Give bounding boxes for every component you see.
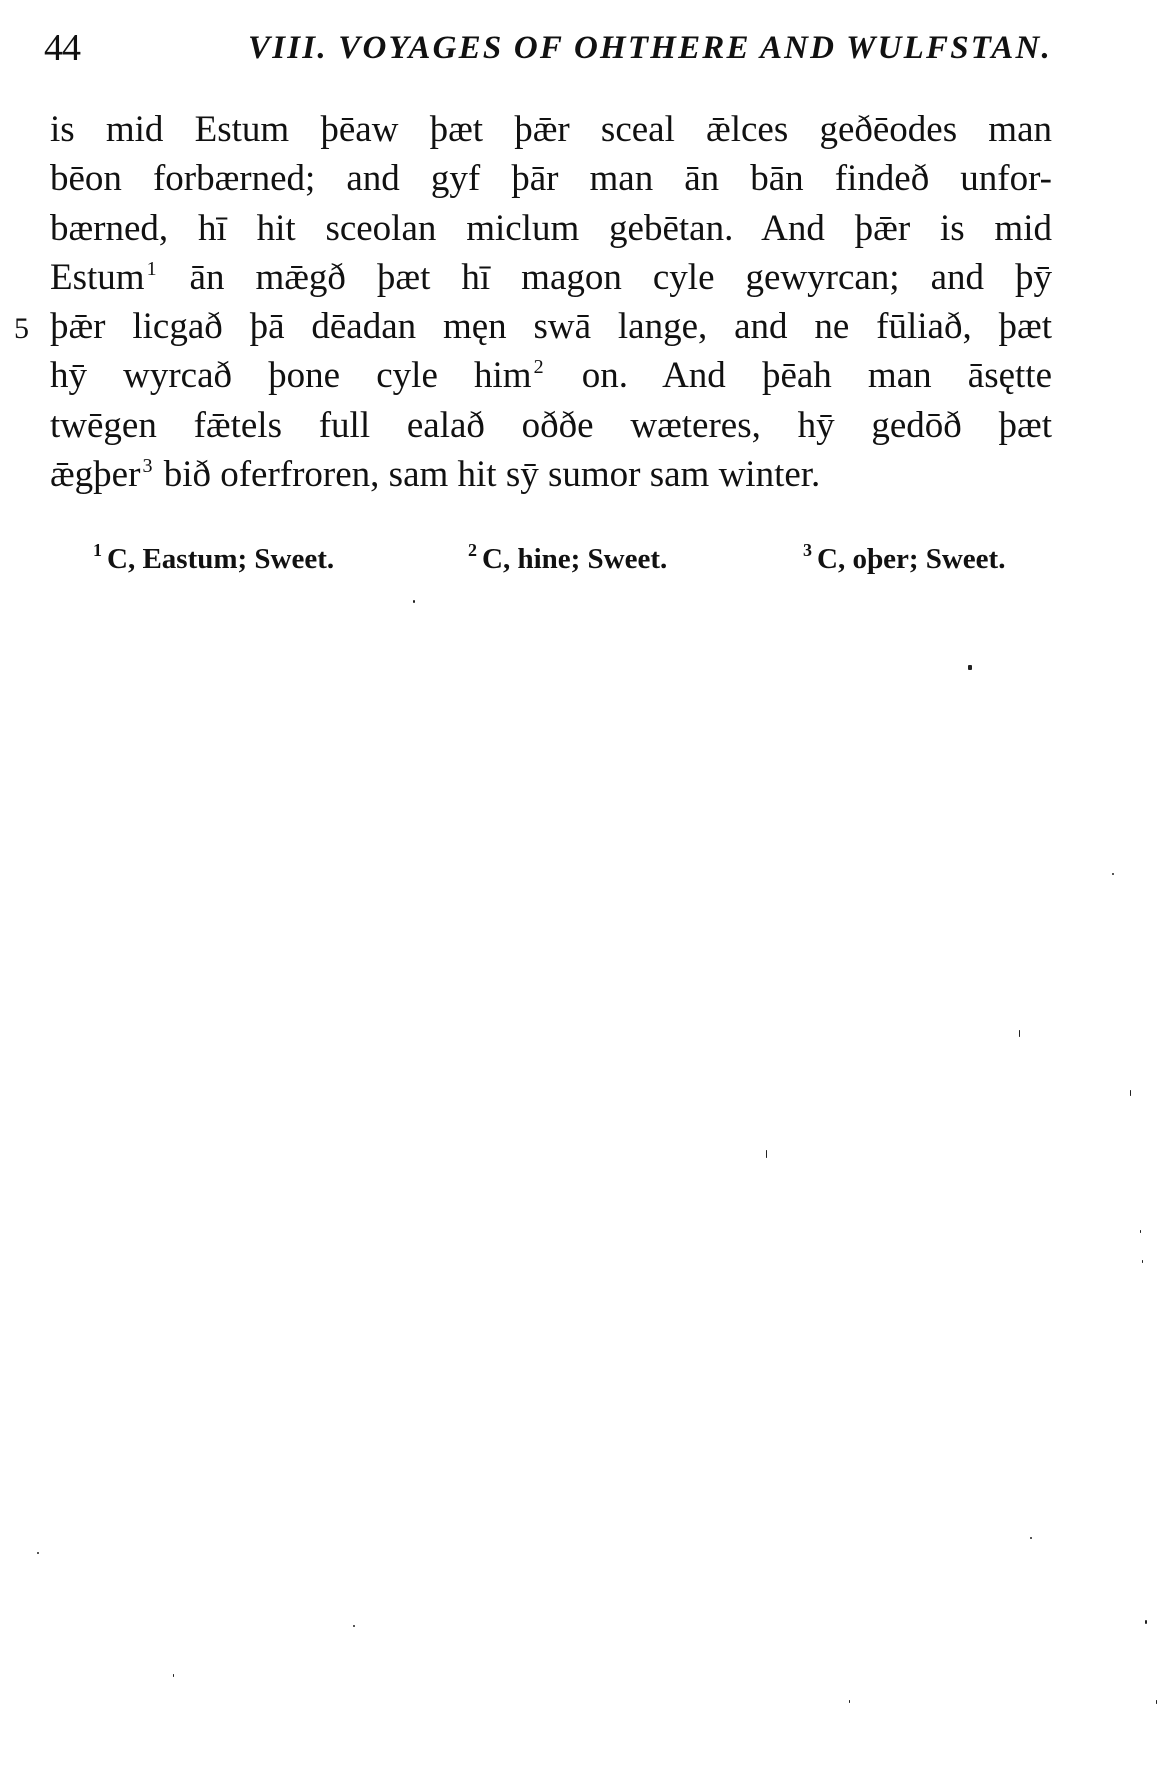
body-text: is mid Estum þēaw þæt þǣr sceal ǣlces ge… xyxy=(50,105,1052,499)
speck xyxy=(1019,1030,1020,1037)
footnote-marker: 2 xyxy=(468,540,477,560)
line-text: hȳ wyrcað þone cyle him2 on. And þēah ma… xyxy=(50,351,1052,400)
chapter-title: VIII. VOYAGES OF OHTHERE AND WULFSTAN. xyxy=(140,24,1052,72)
text-line: bēon forbærned; and gyf þār man ān bān f… xyxy=(50,154,1052,203)
speck xyxy=(849,1700,850,1703)
text-line: Estum1 ān mǣgð þæt hī magon cyle gewyrca… xyxy=(50,253,1052,302)
text-segment: ān mǣgð þæt hī magon cyle gewyrcan; and … xyxy=(159,257,1052,298)
book-page: 44 VIII. VOYAGES OF OHTHERE AND WULFSTAN… xyxy=(0,0,1158,1782)
speck xyxy=(1030,1537,1032,1539)
line-text: twēgen fǣtels full ealað oððe wæteres, h… xyxy=(50,401,1052,450)
footnote-2: 2C, hine; Sweet. xyxy=(468,537,667,581)
speck xyxy=(1112,873,1114,875)
footnote-ref-3[interactable]: 3 xyxy=(142,455,152,477)
line-text: is mid Estum þēaw þæt þǣr sceal ǣlces ge… xyxy=(50,105,1052,154)
footnote-marker: 3 xyxy=(803,540,812,560)
speck xyxy=(353,1625,355,1627)
speck xyxy=(37,1552,39,1554)
speck xyxy=(1156,1700,1157,1704)
speck xyxy=(1140,1230,1141,1233)
footnote-1: 1C, Eastum; Sweet. xyxy=(93,537,334,581)
footnote-ref-1[interactable]: 1 xyxy=(147,258,157,280)
line-text: bærned, hī hit sceolan miclum gebētan. A… xyxy=(50,204,1052,253)
footnote-marker: 1 xyxy=(93,540,102,560)
running-head: 44 VIII. VOYAGES OF OHTHERE AND WULFSTAN… xyxy=(44,24,1052,72)
page-number: 44 xyxy=(44,24,80,72)
line-text: Estum1 ān mǣgð þæt hī magon cyle gewyrca… xyxy=(50,253,1052,302)
text-segment: hȳ wyrcað þone cyle him xyxy=(50,355,532,396)
line-text: bēon forbærned; and gyf þār man ān bān f… xyxy=(50,154,1052,203)
footnote-ref-2[interactable]: 2 xyxy=(534,356,544,378)
text-segment: Estum xyxy=(50,257,145,298)
speck xyxy=(413,600,415,603)
speck xyxy=(1145,1620,1147,1624)
text-segment: bið oferfroren, sam hit sȳ sumor sam win… xyxy=(154,454,820,495)
footnote-text: C, Eastum; Sweet. xyxy=(107,543,334,575)
text-line: twēgen fǣtels full ealað oððe wæteres, h… xyxy=(50,401,1052,450)
footnote-text: C, hine; Sweet. xyxy=(482,543,667,575)
speck xyxy=(1130,1090,1131,1096)
text-line: is mid Estum þēaw þæt þǣr sceal ǣlces ge… xyxy=(50,105,1052,154)
footnote-3: 3C, oþer; Sweet. xyxy=(803,537,1005,581)
speck xyxy=(968,665,972,670)
text-line: 5 þǣr licgað þā dēadan męn swā lange, an… xyxy=(50,302,1052,351)
speck xyxy=(173,1674,174,1677)
text-segment: on. And þēah man āsętte xyxy=(546,355,1052,396)
line-text: ǣgþer3 bið oferfroren, sam hit sȳ sumor … xyxy=(50,450,1052,499)
footnotes: 1C, Eastum; Sweet. 2C, hine; Sweet. 3C, … xyxy=(93,537,1053,581)
text-line: bærned, hī hit sceolan miclum gebētan. A… xyxy=(50,204,1052,253)
line-number: 5 xyxy=(14,304,29,353)
text-line: ǣgþer3 bið oferfroren, sam hit sȳ sumor … xyxy=(50,450,1052,499)
text-line: hȳ wyrcað þone cyle him2 on. And þēah ma… xyxy=(50,351,1052,400)
speck xyxy=(1142,1260,1143,1263)
line-text: þǣr licgað þā dēadan męn swā lange, and … xyxy=(50,302,1052,351)
text-segment: ǣgþer xyxy=(50,454,140,495)
footnote-text: C, oþer; Sweet. xyxy=(817,543,1005,575)
speck xyxy=(766,1150,767,1158)
